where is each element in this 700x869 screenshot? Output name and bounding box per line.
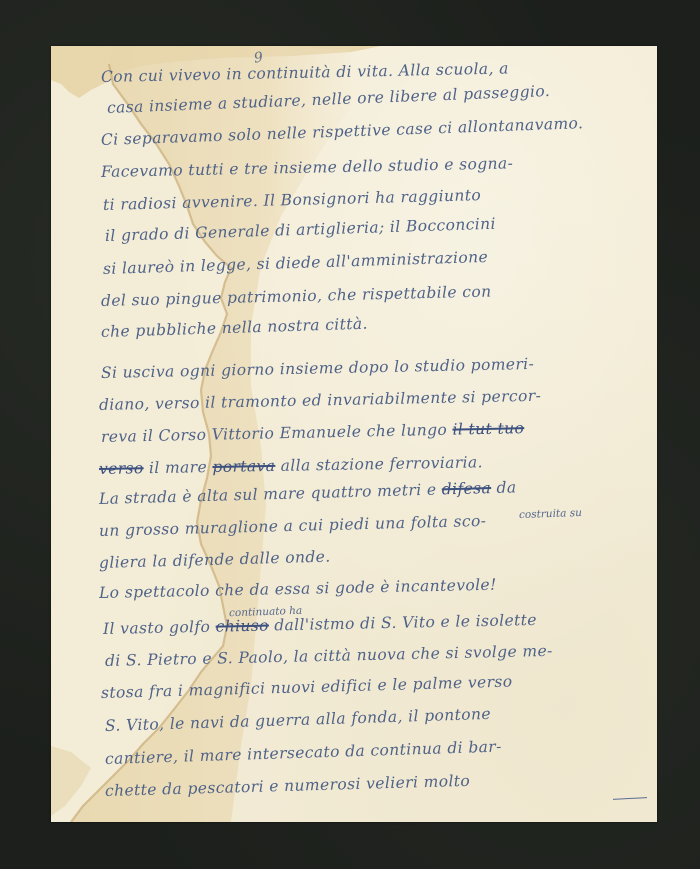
struck-word: difesa [442,479,492,498]
text-line-17: Lo spettacolo che da essa si gode è inca… [99,576,497,602]
text-line-8: del suo pingue patrimonio, che rispettab… [101,282,492,310]
struck-word: il tut tuo [452,419,524,438]
text-line-4: Facevamo tutti e tre insieme dello studi… [101,154,514,181]
handwritten-text: 9 Con cui vivevo in continuità di vita. … [51,46,657,822]
struck-word: portava [212,457,275,476]
text-line-21: S. Vito, le navi da guerra alla fonda, i… [105,705,491,735]
text-line-19: di S. Pietro e S. Paolo, la città nuova … [105,642,553,670]
text-line-10: Si usciva ogni giorno insieme dopo lo st… [101,355,535,382]
catchword-underline [613,797,647,800]
text-line-1: Con cui vivevo in continuità di vita. Al… [101,59,509,86]
text-line-15: un grosso muraglione a cui piedi una fol… [99,512,487,540]
manuscript-page: 9 Con cui vivevo in continuità di vita. … [51,46,657,822]
struck-word: verso [99,459,144,478]
text-line-11: diano, verso il tramonto ed invariabilme… [99,387,542,414]
text-line-13: verso il mare portava alla stazione ferr… [99,453,483,478]
struck-word: chiuso [215,617,269,636]
text-line-20: stosa fra i magnifici nuovi edifici e le… [101,673,513,702]
text-line-14: La strada è alta sul mare quattro metri … [99,478,517,508]
text-line-23: chette da pescatori e numerosi velieri m… [105,772,471,800]
text-line-16: gliera la difende dalle onde. [99,548,331,572]
text-line-18: Il vasto golfo chiuso dall'istmo di S. V… [103,611,537,638]
interlinear-insertion-1: costruita su [519,507,582,521]
text-line-5: ti radiosi avvenire. Il Bonsignori ha ra… [103,186,482,214]
text-line-22: cantiere, il mare intersecato da continu… [105,738,502,768]
text-line-3: Ci separavamo solo nelle rispettive case… [101,114,584,149]
text-line-9: che pubbliche nella nostra città. [101,315,368,341]
text-line-7: si laureò in legge, si diede all'amminis… [103,248,489,278]
text-line-2: casa insieme a studiare, nelle ore liber… [107,82,551,117]
text-line-12: reva il Corso Vittorio Emanuele che lung… [101,419,525,446]
text-line-6: il grado di Generale di artiglieria; il … [105,215,496,245]
